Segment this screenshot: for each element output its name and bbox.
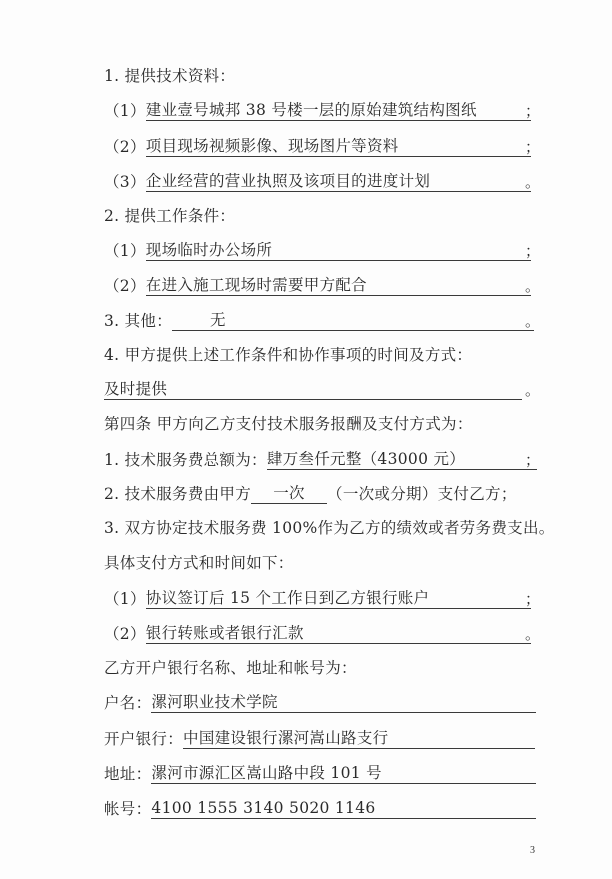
section2-item-2: （2）在进入施工现场时需要甲方配合 — [104, 276, 531, 296]
item-prefix: （3） — [104, 173, 146, 191]
section4-heading: 4. 甲方提供上述工作条件和协作事项的时间及方式： — [104, 345, 472, 365]
item-prefix: （1） — [104, 242, 146, 260]
filled-field: 及时提供 — [104, 380, 522, 400]
item-prefix: （1） — [104, 102, 146, 120]
payment-item-2: （2）银行转账或者银行汇款 — [104, 624, 531, 644]
item-end-punct: ； — [525, 450, 540, 470]
section1-item-1: （1）建业壹号城邦 38 号楼一层的原始建筑结构图纸 — [104, 101, 531, 121]
field-value: 漯河职业技术学院 — [151, 693, 536, 713]
section1-heading: 1. 提供技术资料： — [104, 66, 235, 86]
item-end-punct: ； — [525, 589, 540, 609]
filled-field: 现场临时办公场所 — [146, 241, 531, 261]
bank-account-name: 户名：漯河职业技术学院 — [104, 693, 536, 713]
filled-field: 无 — [172, 311, 534, 331]
item-end-punct: 。 — [525, 380, 540, 400]
item-prefix: （1） — [104, 590, 146, 608]
field-value: 漯河市源汇区嵩山路中段 101 号 — [151, 764, 536, 784]
payment-heading: 具体支付方式和时间如下： — [104, 553, 294, 573]
article4-item-1: 1. 技术服务费总额为：肆万叁仟元整（43000 元） — [104, 450, 537, 470]
field-label: 帐号： — [104, 800, 151, 818]
bank-account-number: 帐号：4100 1555 3140 5020 1146 — [104, 799, 536, 819]
fee-payer-label: 2. 技术服务费由甲方 — [104, 485, 251, 503]
item-end-punct: ； — [525, 101, 540, 121]
section3-other: 3. 其他：无 — [104, 311, 534, 331]
item-end-punct: 。 — [525, 311, 540, 331]
page-number: 3 — [530, 845, 535, 856]
filled-field: 银行转账或者银行汇款 — [146, 624, 531, 644]
item-end-punct: 。 — [525, 276, 540, 296]
section4-value: 及时提供 — [104, 380, 522, 400]
payment-mode-suffix: （一次或分期）支付乙方； — [327, 485, 517, 503]
filled-field: 协议签订后 15 个工作日到乙方银行账户 — [146, 589, 531, 609]
item-prefix: （2） — [104, 138, 146, 156]
other-label: 3. 其他： — [104, 312, 172, 330]
item-prefix: （2） — [104, 277, 146, 295]
article4-heading: 第四条 甲方向乙方支付技术服务报酬及支付方式为： — [104, 414, 473, 434]
item-end-punct: 。 — [525, 172, 540, 192]
article4-item-2: 2. 技术服务费由甲方一次（一次或分期）支付乙方； — [104, 484, 517, 504]
section1-item-3: （3）企业经营的营业执照及该项目的进度计划 — [104, 172, 531, 192]
item-end-punct: ； — [525, 241, 540, 261]
field-value: 中国建设银行漯河嵩山路支行 — [183, 729, 535, 749]
document-page: 1. 提供技术资料： （1）建业壹号城邦 38 号楼一层的原始建筑结构图纸 ； … — [0, 0, 612, 879]
fee-total-value: 肆万叁仟元整（43000 元） — [267, 450, 537, 470]
bank-name: 开户银行：中国建设银行漯河嵩山路支行 — [104, 729, 535, 749]
item-prefix: （2） — [104, 625, 146, 643]
section1-item-2: （2）项目现场视频影像、现场图片等资料 — [104, 137, 531, 157]
bank-heading: 乙方开户银行名称、地址和帐号为： — [104, 658, 357, 678]
payment-mode-value: 一次 — [251, 484, 327, 504]
article4-item-3: 3. 双方协定技术服务费 100%作为乙方的绩效或者劳务费支出。 — [104, 518, 555, 538]
section2-heading: 2. 提供工作条件： — [104, 206, 235, 226]
field-label: 地址： — [104, 765, 151, 783]
field-label: 户名： — [104, 694, 151, 712]
field-value: 4100 1555 3140 5020 1146 — [151, 799, 536, 819]
fee-total-label: 1. 技术服务费总额为： — [104, 451, 267, 469]
filled-field: 项目现场视频影像、现场图片等资料 — [146, 137, 531, 157]
section2-item-1: （1）现场临时办公场所 — [104, 241, 531, 261]
item-end-punct: ； — [525, 137, 540, 157]
item-end-punct: 。 — [525, 624, 540, 644]
filled-field: 建业壹号城邦 38 号楼一层的原始建筑结构图纸 — [146, 101, 531, 121]
filled-field: 在进入施工现场时需要甲方配合 — [146, 276, 531, 296]
filled-field: 企业经营的营业执照及该项目的进度计划 — [146, 172, 531, 192]
payment-item-1: （1）协议签订后 15 个工作日到乙方银行账户 — [104, 589, 531, 609]
field-label: 开户银行： — [104, 730, 183, 748]
bank-address: 地址：漯河市源汇区嵩山路中段 101 号 — [104, 764, 536, 784]
